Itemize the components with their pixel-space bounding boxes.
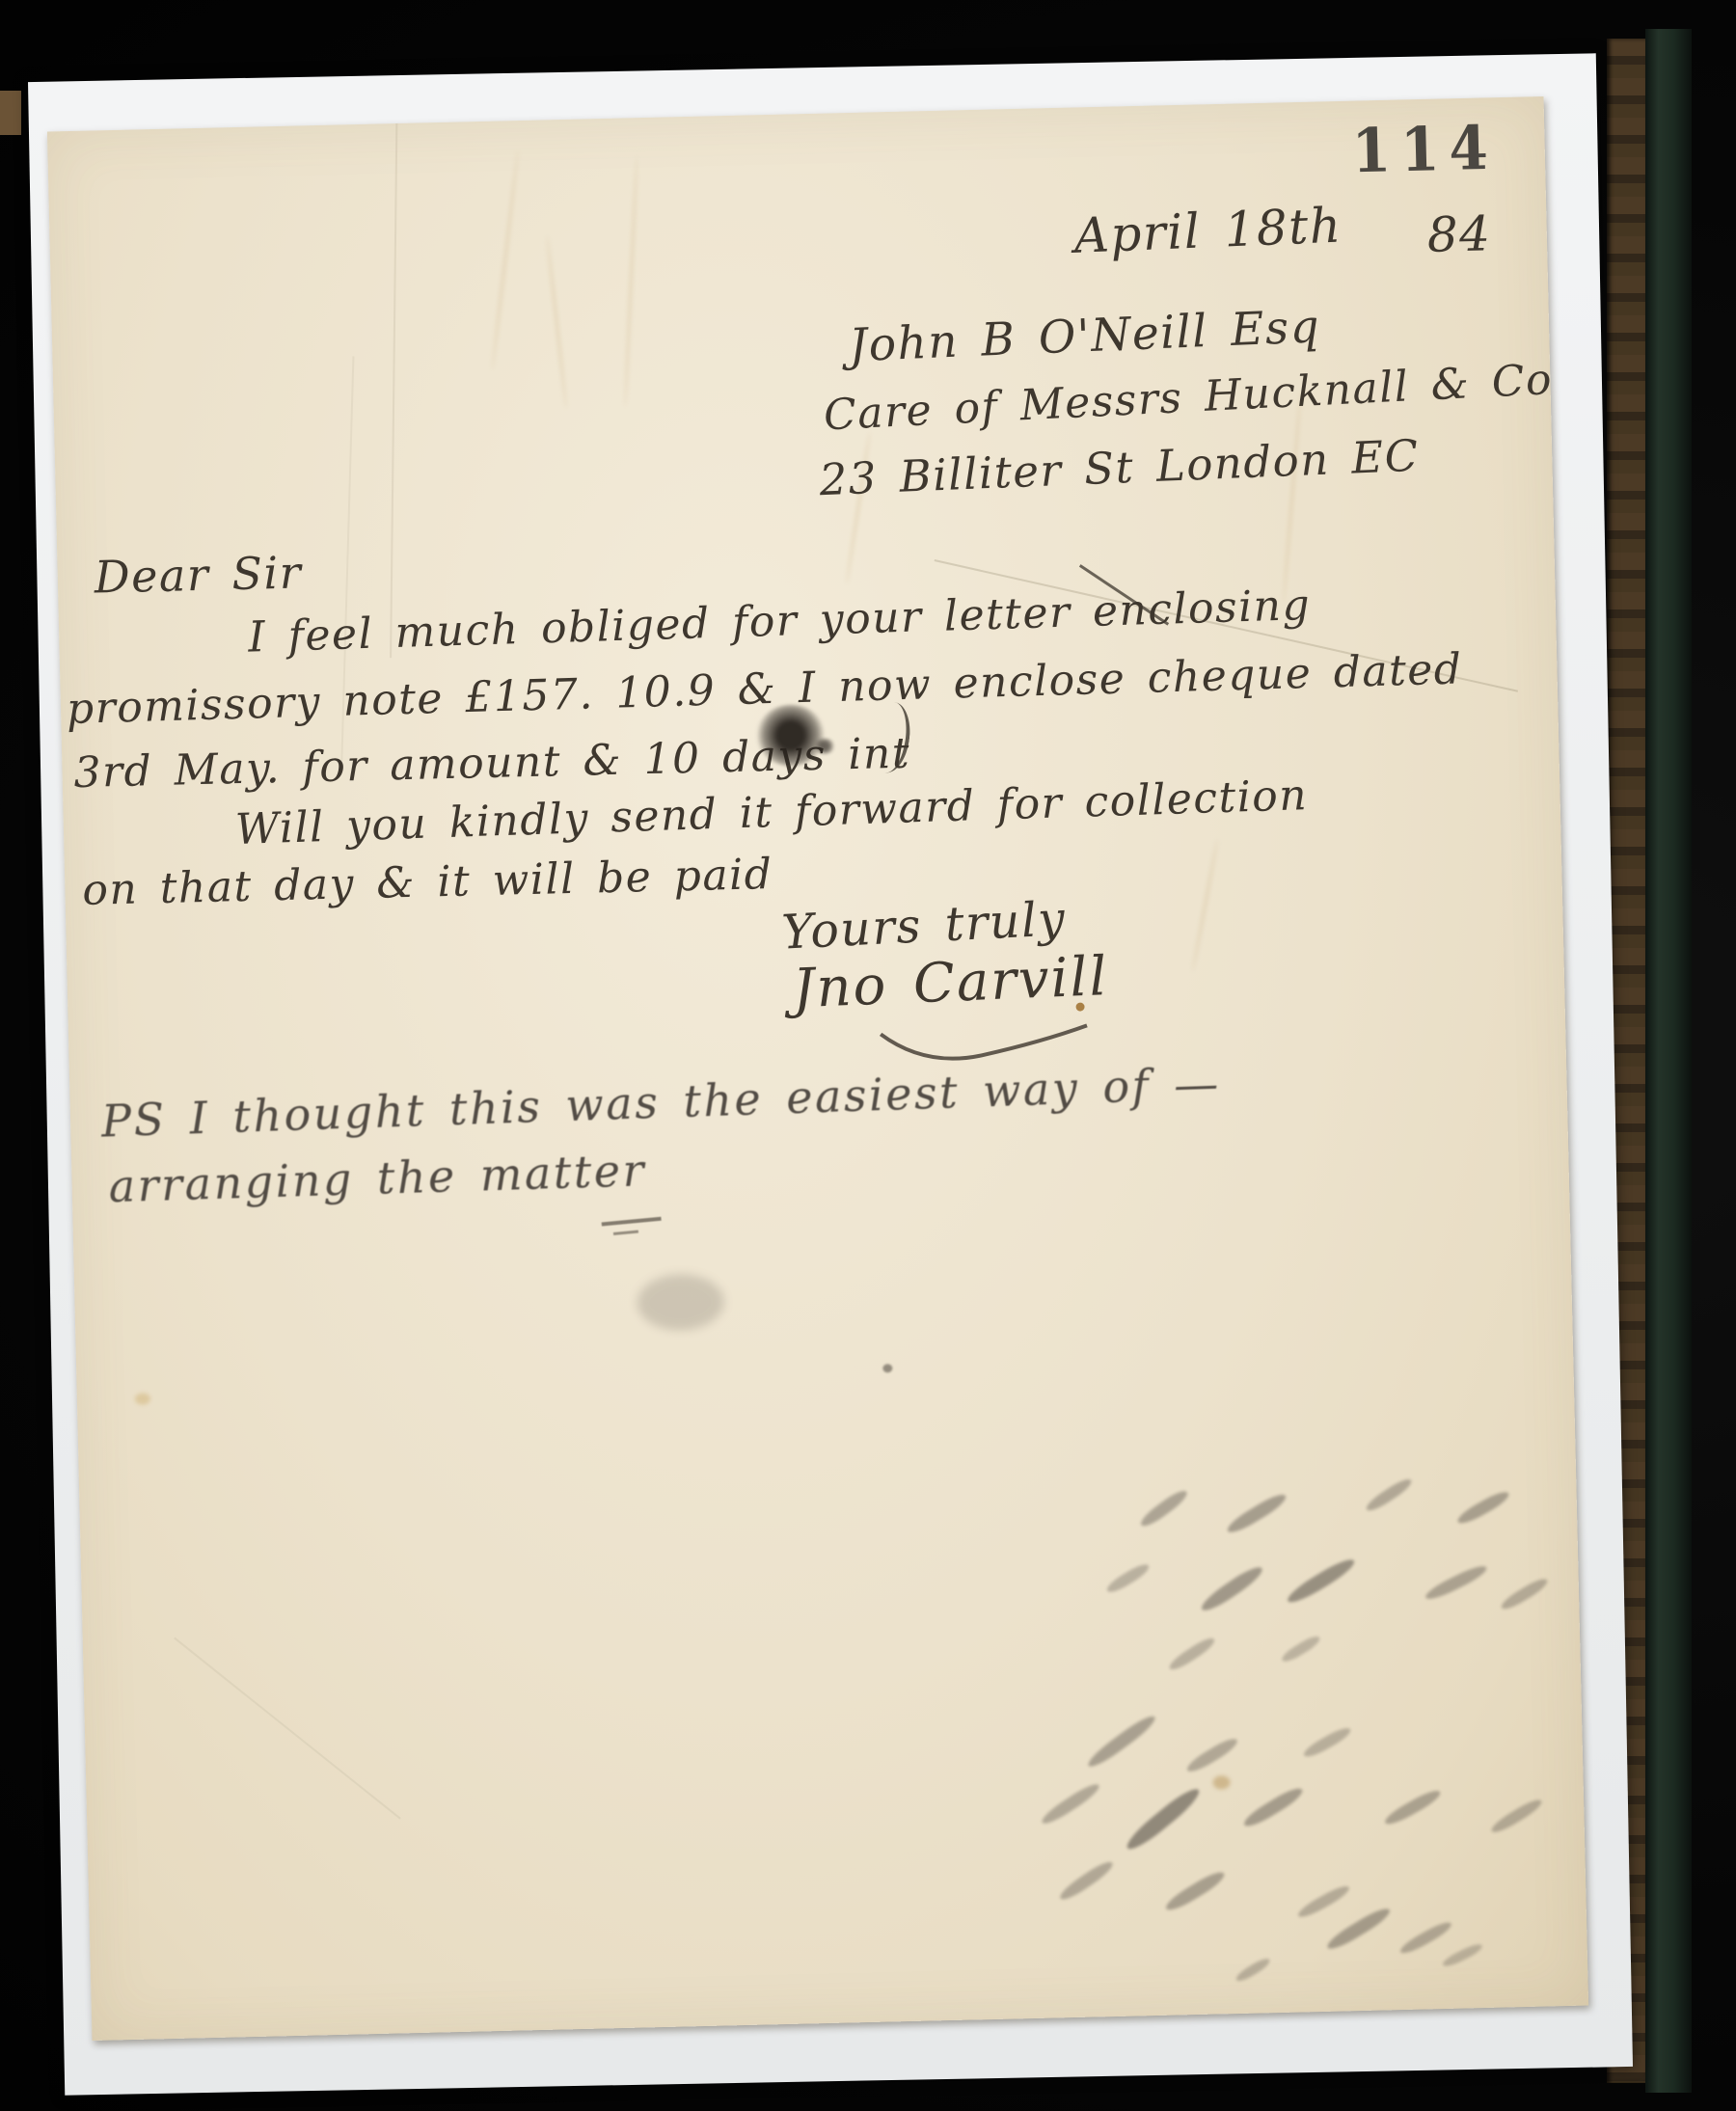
ghost-writing-mark — [491, 150, 520, 371]
ink-smudge-mark — [1499, 1575, 1550, 1612]
ink-smudge-mark — [1285, 1555, 1358, 1607]
ink-smudge-mark — [1489, 1796, 1544, 1835]
body-line-5: on that day & it will be paid — [82, 850, 773, 915]
recipient-line-3: 23 Billiter St London EC — [819, 430, 1421, 505]
ghost-writing-mark — [624, 156, 638, 407]
book-cover-cloth-edge — [1645, 29, 1692, 2093]
ink-smudge-mark — [1295, 1882, 1351, 1921]
ink-smudge-mark — [1104, 1560, 1152, 1595]
ink-smudge-mark — [1441, 1941, 1484, 1969]
ghost-writing-mark — [546, 236, 568, 409]
ink-smudge-mark — [1138, 1487, 1190, 1530]
crease-line — [390, 118, 397, 658]
ink-smudge-mark — [1057, 1857, 1116, 1903]
letter-date: April 18th — [1073, 198, 1343, 264]
ink-smudge-mark — [1085, 1712, 1159, 1772]
faint-smudge — [637, 1273, 724, 1331]
ink-smudge-mark — [1198, 1562, 1265, 1615]
ghost-writing-mark — [1282, 392, 1302, 604]
scanned-letterbook-photo: 114 April 18th 84 John B O'Neill Esq Car… — [0, 0, 1736, 2111]
ink-smudge-mark — [1224, 1490, 1288, 1536]
ink-smudge-mark — [1280, 1633, 1322, 1664]
ink-smudge-mark — [1241, 1784, 1306, 1830]
letter-year: 84 — [1426, 205, 1492, 263]
crease-line — [174, 1637, 401, 1820]
ink-dot — [882, 1364, 892, 1372]
ink-smudge-mark — [1167, 1635, 1218, 1673]
postscript-dash — [602, 1217, 662, 1227]
ink-smudge-mark — [1123, 1784, 1204, 1854]
letter-page: 114 April 18th 84 John B O'Neill Esq Car… — [47, 96, 1588, 2041]
signature: Jno Carvill — [792, 945, 1110, 1020]
ink-smudge-mark — [1163, 1868, 1228, 1914]
salutation: Dear Sir — [94, 546, 303, 603]
binding-edge-fragment — [0, 91, 21, 135]
foxing-spot — [135, 1393, 150, 1404]
ghost-writing-mark — [1191, 838, 1219, 971]
ink-smudge-mark — [1039, 1780, 1102, 1827]
ink-smudge-mark — [1423, 1562, 1488, 1604]
recipient-line-1: John B O'Neill Esq — [848, 300, 1321, 372]
ink-smudge-mark — [1455, 1488, 1512, 1528]
body-line-1: I feel much obliged for your letter encl… — [248, 581, 1312, 663]
ink-smudge-mark — [1364, 1475, 1415, 1514]
ink-smudge-mark — [1397, 1918, 1453, 1957]
ink-smudge-mark — [1234, 1956, 1271, 1984]
ink-smudge-mark — [1301, 1724, 1353, 1760]
postscript-line-1: PS I thought this was the easiest way of… — [100, 1057, 1221, 1147]
paper-stain — [1212, 1775, 1230, 1789]
ink-smudge-mark — [1184, 1735, 1240, 1775]
ink-smudge-mark — [1324, 1905, 1393, 1954]
page-number: 114 — [1351, 112, 1499, 186]
postscript-line-2: arranging the matter — [108, 1144, 647, 1212]
ink-smudge-mark — [1382, 1787, 1443, 1828]
postscript-dash — [613, 1231, 638, 1235]
paper-speck — [1075, 1002, 1084, 1011]
